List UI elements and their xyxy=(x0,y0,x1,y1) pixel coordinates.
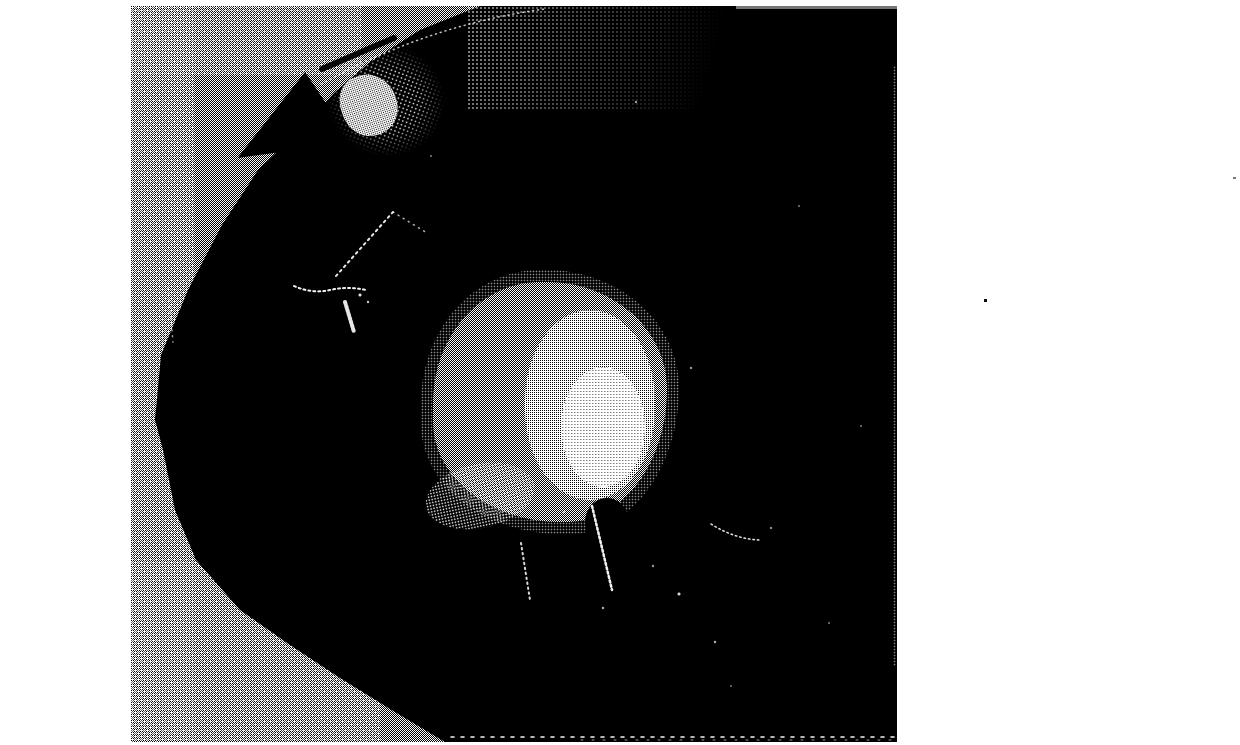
speckle-overlay xyxy=(131,6,897,742)
dark-streak-over-highlight xyxy=(322,38,394,69)
scratch-horizontal xyxy=(294,286,366,291)
rim-edge-dotted-curve xyxy=(321,9,545,84)
stray-speck-dots xyxy=(359,101,863,687)
scratch-diagonal-tail xyxy=(393,212,427,233)
scratch-diagonal xyxy=(336,212,393,276)
drip-streak-left xyxy=(521,543,530,600)
margin-ink-dot xyxy=(984,299,987,302)
scratch-vertical-blob xyxy=(345,302,354,332)
screenshot-canvas: { "image": { "kind": "halftone-photograp… xyxy=(0,0,1240,745)
margin-edge-speck xyxy=(1233,177,1236,179)
speckle-arc-right xyxy=(711,524,759,540)
left-rim-speckle xyxy=(168,288,173,342)
halftone-photo xyxy=(131,6,897,742)
drip-streak-main xyxy=(592,506,612,590)
